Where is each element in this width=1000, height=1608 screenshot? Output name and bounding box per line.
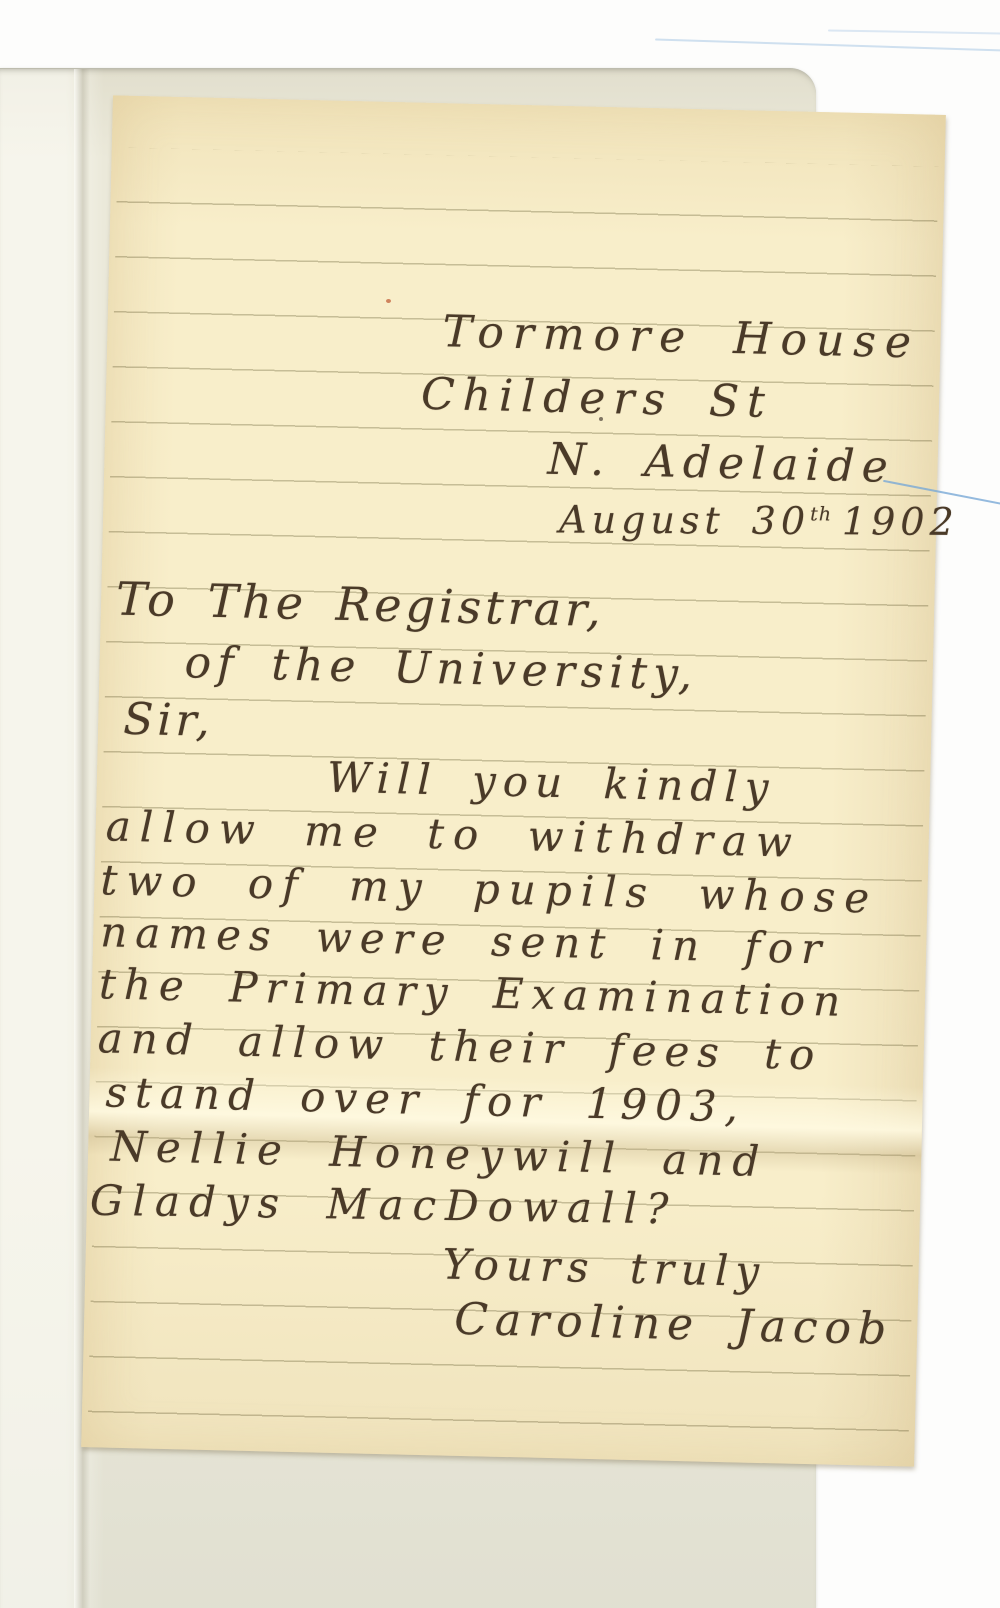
salutation: Sir, xyxy=(123,694,215,747)
scanned-letter-page: Tormore House Childers St N. Adelaide Au… xyxy=(0,0,1000,1608)
date-day: August 30 xyxy=(559,497,810,543)
date-year: 1902 xyxy=(842,499,959,544)
paper-speck xyxy=(599,417,603,421)
signature: Caroline Jacob xyxy=(454,1294,894,1355)
closing: Yours truly xyxy=(442,1239,767,1296)
paper-speck xyxy=(386,299,391,303)
sender-address-line-2: Childers St xyxy=(420,369,773,428)
letter-paper: Tormore House Childers St N. Adelaide Au… xyxy=(81,95,946,1466)
blue-scratch-mark xyxy=(655,39,1000,52)
date-line: August 30th1902 xyxy=(559,497,959,543)
date-suffix: th xyxy=(810,503,832,525)
sender-address-line-3: N. Adelaide xyxy=(547,434,895,493)
recipient-line-1: To The Registrar, xyxy=(116,572,606,637)
body-line-9: Gladys MacDowall? xyxy=(90,1176,678,1234)
blue-scratch-mark xyxy=(828,29,1000,34)
